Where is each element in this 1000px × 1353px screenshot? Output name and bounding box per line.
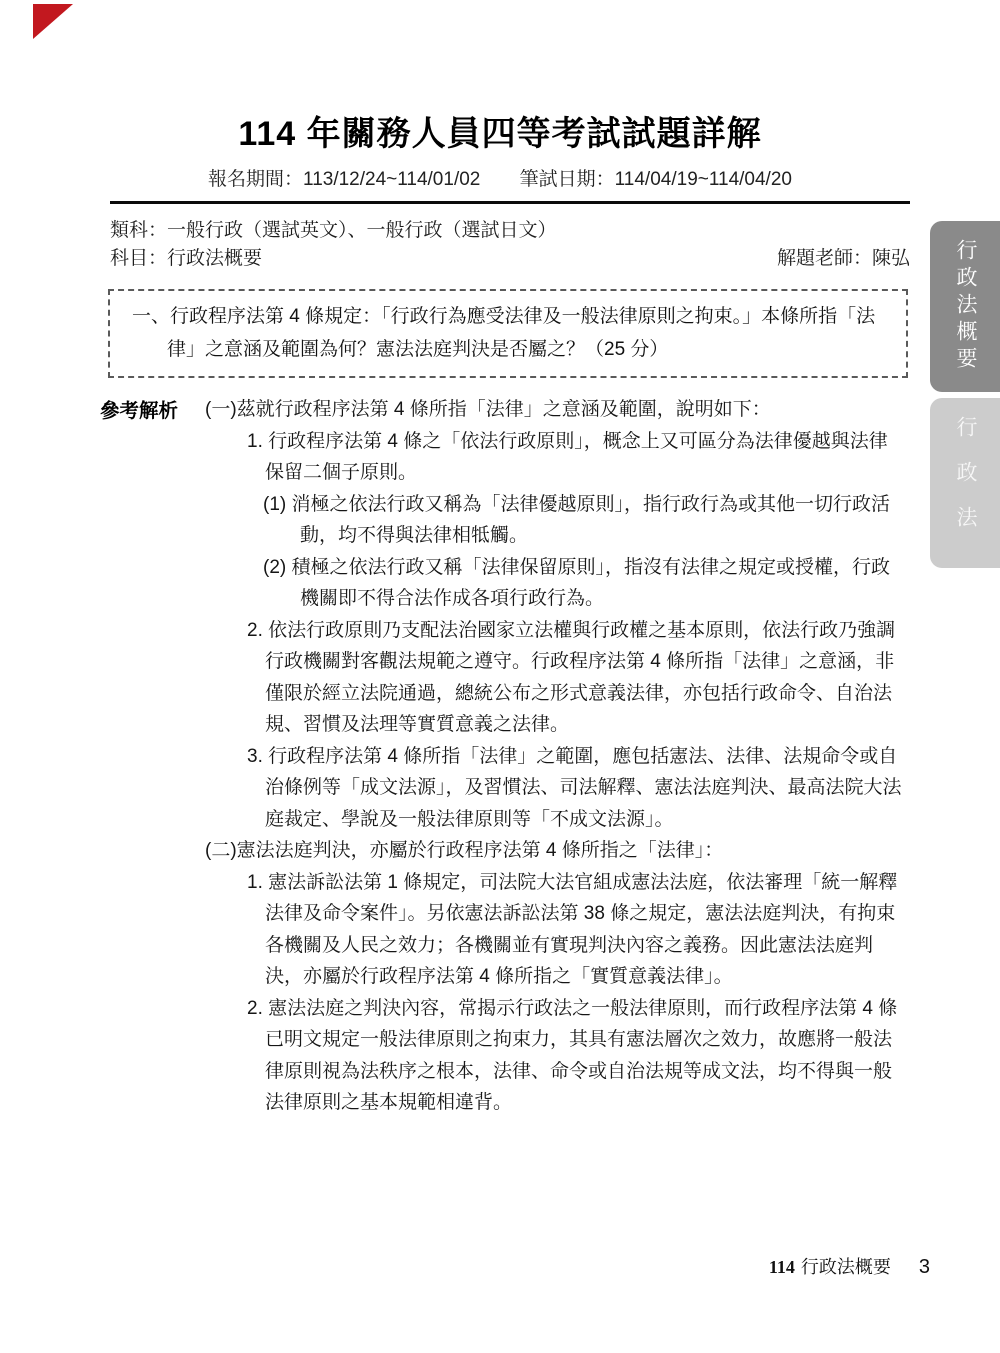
analysis-paragraph: (二)憲法法庭判決，亦屬於行政程序法第 4 條所指之「法律」： (205, 835, 905, 867)
side-tab-admin-law-summary: 行政法概要 (930, 221, 1000, 392)
side-tab-admin-law: 行政法 (930, 398, 1000, 568)
analysis-paragraph: 2. 依法行政原則乃支配法治國家立法權與行政權之基本原則，依法行政乃強調行政機關… (205, 615, 905, 741)
teacher-line: 解題老師：陳弘 (777, 245, 910, 273)
header-divider (110, 201, 910, 204)
registration-period: 報名期間：113/12/24~114/01/02 (208, 168, 480, 192)
analysis-paragraph: (1) 消極之依法行政又稱為「法律優越原則」，指行政行為或其他一切行政活動，均不… (205, 489, 905, 552)
analysis-label: 參考解析 (100, 394, 205, 1119)
analysis-paragraph: (一)茲就行政程序法第 4 條所指「法律」之意涵及範圍，說明如下： (205, 394, 905, 426)
question-box: 一、行政程序法第 4 條規定：「行政行為應受法律及一般法律原則之拘束。」本條所指… (108, 289, 908, 378)
subject-line: 科目：行政法概要 (110, 245, 262, 273)
page-header: 114 年關務人員四等考試試題詳解 報名期間：113/12/24~114/01/… (0, 0, 1000, 192)
page-footer: 114行政法概要3 (769, 1253, 930, 1279)
corner-ribbon-icon (33, 4, 73, 39)
analysis-paragraph: 3. 行政程序法第 4 條所指「法律」之範圍，應包括憲法、法律、法規命令或自治條… (205, 741, 905, 836)
footer-book-code: 114 (769, 1257, 795, 1277)
exam-meta: 類科：一般行政（選試英文）、一般行政（選試日文） 科目：行政法概要 解題老師：陳… (110, 217, 910, 273)
analysis-paragraph: 1. 憲法訴訟法第 1 條規定，司法院大法官組成憲法法庭，依法審理「統一解釋法律… (205, 867, 905, 993)
analysis-content: (一)茲就行政程序法第 4 條所指「法律」之意涵及範圍，說明如下： 1. 行政程… (205, 394, 905, 1119)
question-text: 一、行政程序法第 4 條規定：「行政行為應受法律及一般法律原則之拘束。」本條所指… (132, 300, 886, 366)
footer-page-number: 3 (919, 1256, 930, 1278)
analysis-paragraph: 1. 行政程序法第 4 條之「依法行政原則」，概念上又可區分為法律優越與法律保留… (205, 426, 905, 489)
page-title: 114 年關務人員四等考試試題詳解 (0, 112, 1000, 156)
written-exam-date: 筆試日期：114/04/19~114/04/20 (520, 168, 792, 192)
category-line: 類科：一般行政（選試英文）、一般行政（選試日文） (110, 217, 910, 245)
analysis-paragraph: 2. 憲法法庭之判決內容，常揭示行政法之一般法律原則，而行政程序法第 4 條已明… (205, 993, 905, 1119)
exam-dateline: 報名期間：113/12/24~114/01/02 筆試日期：114/04/19~… (0, 168, 1000, 192)
analysis-paragraph: (2) 積極之依法行政又稱「法律保留原則」，指沒有法律之規定或授權，行政機關即不… (205, 552, 905, 615)
analysis-section: 參考解析 (一)茲就行政程序法第 4 條所指「法律」之意涵及範圍，說明如下： 1… (100, 394, 905, 1119)
footer-book-title: 行政法概要 (801, 1257, 891, 1277)
